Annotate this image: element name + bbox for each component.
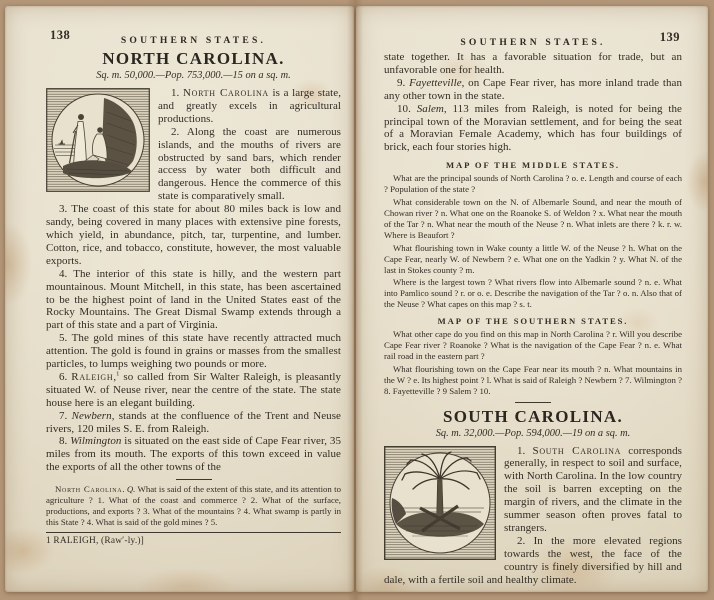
- city-name-italic: Newbern: [72, 410, 112, 422]
- right-page: SOUTHERN STATES. 139 state together. It …: [356, 6, 708, 592]
- north-carolina-stats-line: Sq. m. 50,000.—Pop. 753,000.—15 on a sq.…: [46, 70, 341, 81]
- paragraph-number: 8.: [59, 435, 70, 447]
- paragraph-nc-8: 8. Wilmington is situated on the east si…: [46, 435, 341, 474]
- pronunciation-footnote: 1 RALEIGH, (Raw′-ly.)]: [46, 536, 341, 546]
- section-divider-rule: [176, 479, 212, 480]
- north-carolina-seal-engraving: [46, 88, 150, 197]
- north-carolina-title: NORTH CAROLINA.: [46, 49, 341, 69]
- map-question-2: What considerable town on the N. of Albe…: [384, 197, 682, 241]
- page-number-right: 139: [660, 30, 680, 45]
- engraving-illustration-nc: [46, 88, 150, 192]
- paragraph-number: 6.: [59, 371, 71, 383]
- running-head-left: SOUTHERN STATES.: [121, 35, 266, 46]
- south-carolina-stats-line: Sq. m. 32,000.—Pop. 594,000.—19 on a sq.…: [384, 428, 682, 439]
- right-page-content: SOUTHERN STATES. 139 state together. It …: [356, 6, 708, 587]
- map-question-1: What are the principal sounds of North C…: [384, 173, 682, 195]
- map-question-6: What flourishing town on the Cape Fear n…: [384, 364, 682, 397]
- running-head-right: SOUTHERN STATES.: [460, 37, 605, 48]
- map-question-5: What other cape do you find on this map …: [384, 329, 682, 362]
- paragraph-text: corresponds generally, in respect to soi…: [504, 445, 682, 534]
- map-middle-states-heading: MAP OF THE MIDDLE STATES.: [384, 160, 682, 170]
- map-question-3: What flourishing town in Wake county a l…: [384, 243, 682, 276]
- state-name-smallcaps: South Carolina: [533, 445, 622, 457]
- section-divider-rule: [515, 402, 551, 403]
- city-name-smallcaps: Raleigh: [71, 371, 113, 383]
- book-spread-scan: 138 SOUTHERN STATES. NORTH CAROLINA. Sq.…: [0, 0, 714, 600]
- paragraph-number: 1.: [517, 445, 533, 457]
- paragraph-nc-9: 9. Fayetteville, on Cape Fear river, has…: [384, 77, 682, 103]
- south-carolina-title: SOUTH CAROLINA.: [384, 407, 682, 427]
- city-name-italic: Salem: [417, 103, 444, 115]
- engraving-illustration-sc: [384, 446, 496, 560]
- map-question-4: Where is the largest town ? What rivers …: [384, 277, 682, 310]
- city-name-italic: Fayetteville: [409, 77, 462, 89]
- paragraph-nc-5: 5. The gold mines of this state have rec…: [46, 332, 341, 371]
- city-name-italic: Wilmington: [70, 435, 121, 447]
- paragraph-nc-10: 10. Salem, 113 miles from Raleigh, is no…: [384, 103, 682, 155]
- south-carolina-seal-engraving: [384, 446, 496, 565]
- paragraph-nc-8-continued: state together. It has a favorable situa…: [384, 51, 682, 77]
- left-header-row: 138 SOUTHERN STATES.: [46, 30, 341, 45]
- paragraph-nc-4: 4. The interior of this state is hilly, …: [46, 268, 341, 333]
- map-southern-states-heading: MAP OF THE SOUTHERN STATES.: [384, 316, 682, 326]
- footnote-rule: [46, 532, 341, 533]
- paragraph-number: 1.: [171, 87, 183, 99]
- paragraph-nc-7: 7. Newbern, stands at the confluence of …: [46, 410, 341, 436]
- page-number-left: 138: [50, 28, 70, 43]
- state-name-smallcaps: North Carolina: [55, 484, 122, 494]
- paragraph-nc-3: 3. The coast of this state for about 80 …: [46, 203, 341, 268]
- review-questions-nc: North Carolina. Q. What is said of the e…: [46, 484, 341, 528]
- state-name-smallcaps: North Carolina: [183, 87, 269, 99]
- paragraph-number: 7.: [59, 410, 72, 422]
- paragraph-number: 10.: [397, 103, 417, 115]
- left-page-content: 138 SOUTHERN STATES. NORTH CAROLINA. Sq.…: [5, 6, 354, 546]
- paragraph-nc-6: 6. Raleigh,1 so called from Sir Walter R…: [46, 371, 341, 410]
- right-header-row: SOUTHERN STATES. 139: [384, 32, 682, 47]
- left-page: 138 SOUTHERN STATES. NORTH CAROLINA. Sq.…: [5, 6, 354, 592]
- paragraph-number: 9.: [397, 77, 409, 89]
